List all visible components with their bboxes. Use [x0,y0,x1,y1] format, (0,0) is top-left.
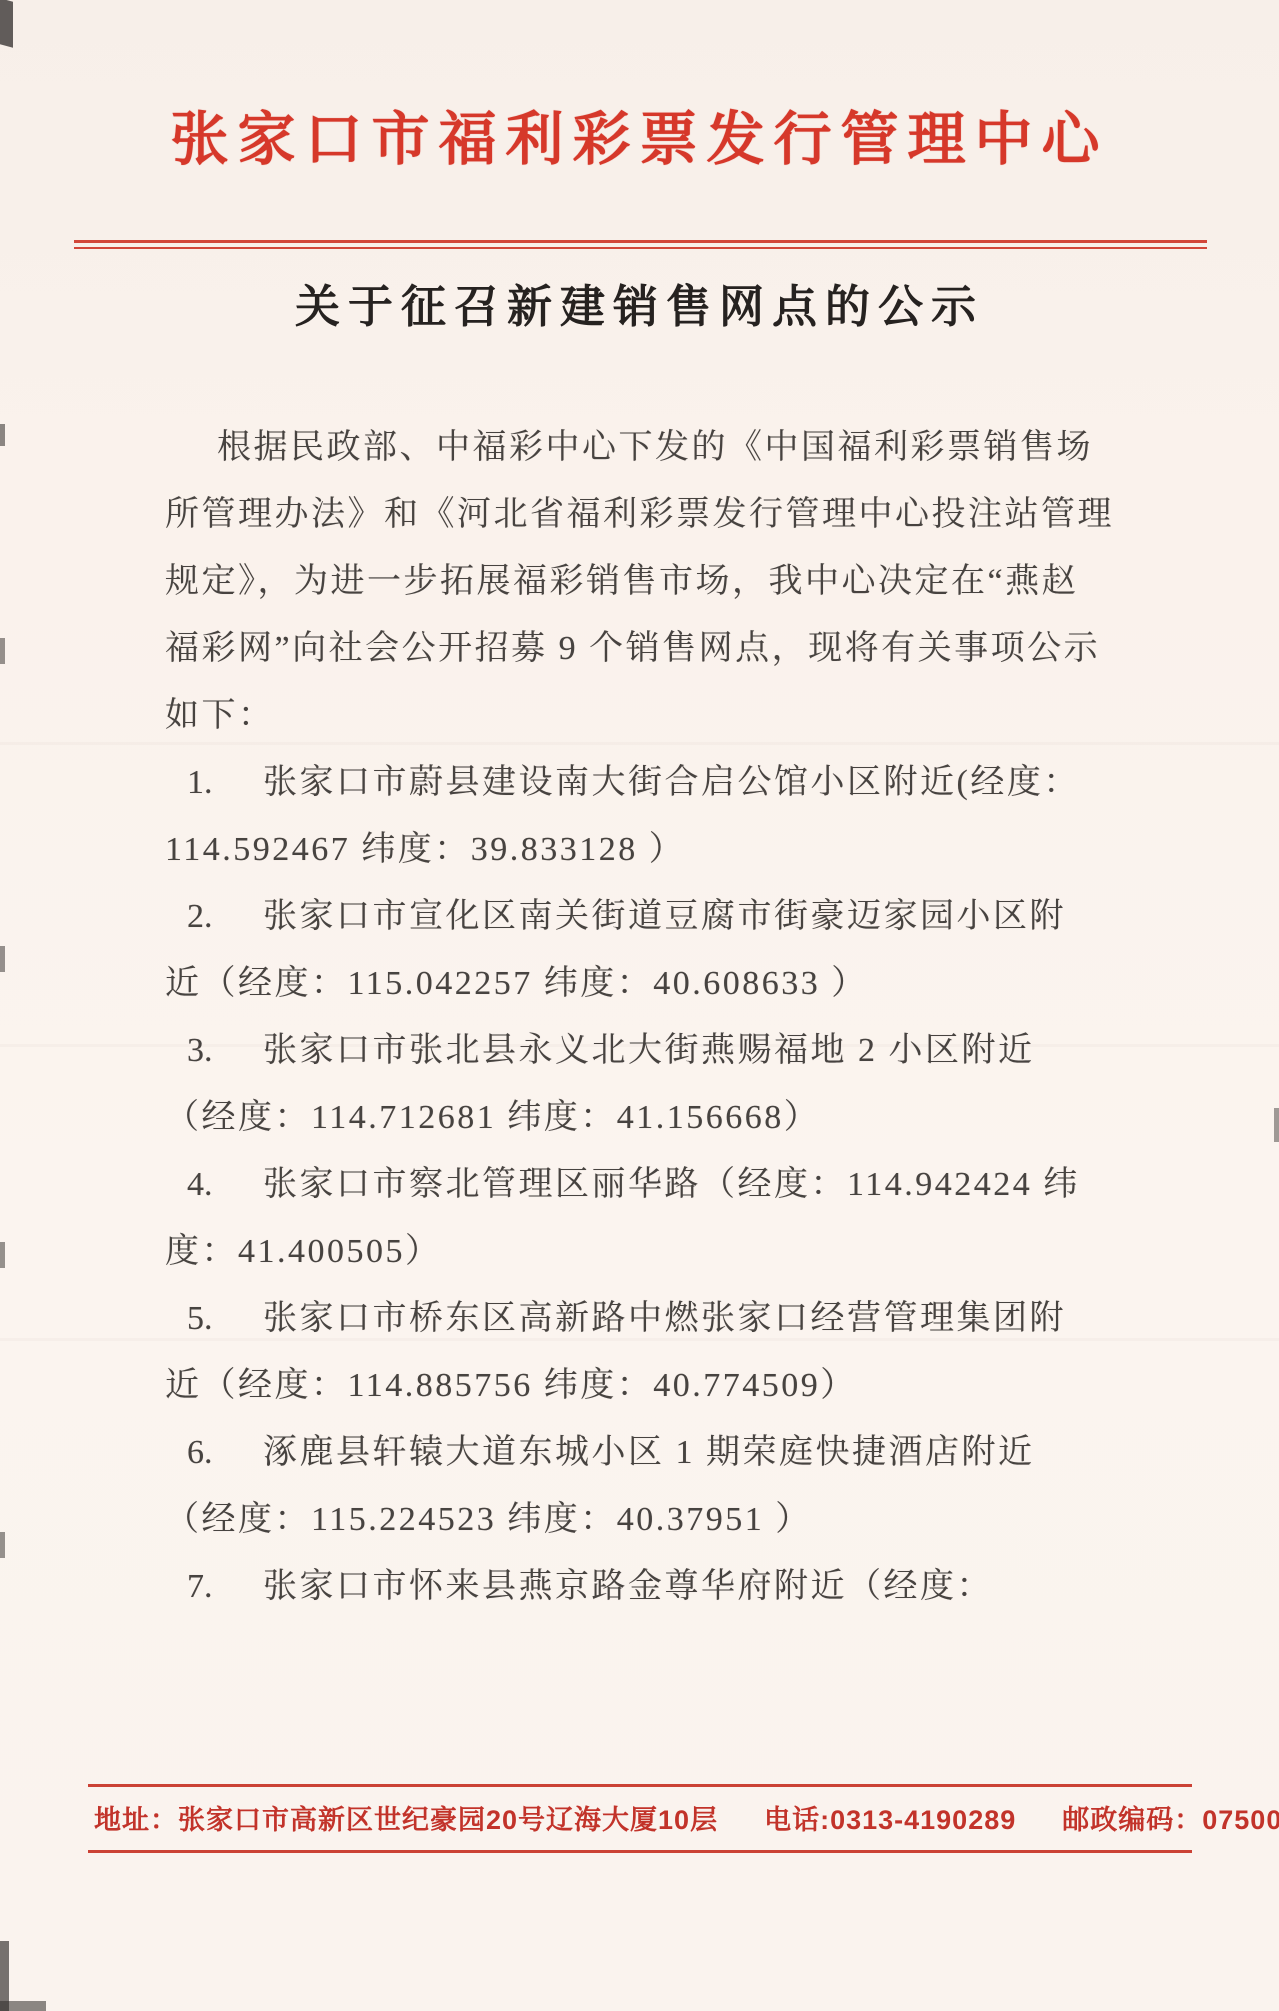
intro-text-line: 如下： [165,682,1125,749]
footer-bottom-rule [88,1850,1192,1853]
scan-artifact [0,946,5,972]
sales-point-line: 1.张家口市蔚县建设南大街合启公馆小区附近(经度： [165,749,1125,816]
scan-band [0,1338,1279,1341]
sales-point-text: 张家口市蔚县建设南大街合启公馆小区附近(经度： [263,764,1080,801]
intro-text-line: 所管理办法》和《河北省福利彩票发行管理中心投注站管理 [165,481,1125,548]
scanned-notice-page: 张家口市福利彩票发行管理中心 关于征召新建销售网点的公示 根据民政部、中福彩中心… [0,0,1279,2011]
sales-point-number: 4. [187,1151,263,1218]
sales-point-line: 5.张家口市桥东区高新路中燃张家口经营管理集团附 [165,1285,1125,1352]
sales-point-number: 7. [187,1553,263,1620]
sales-point-line: （经度：115.224523 纬度：40.37951 ） [165,1486,1125,1553]
intro-text-line: 规定》，为进一步拓展福彩销售市场，我中心决定在“燕赵 [165,548,1125,615]
sales-point-line: 4.张家口市察北管理区丽华路（经度：114.942424 纬 [165,1151,1125,1218]
sales-point-number: 3. [187,1017,263,1084]
sales-point-text: 涿鹿县轩辕大道东城小区 1 期荣庭快捷酒店附近 [263,1434,1035,1471]
sales-point-text: 张家口市桥东区高新路中燃张家口经营管理集团附 [263,1300,1066,1337]
scan-artifact [0,1532,5,1558]
footer-phone: 电话:0313-4190289 [764,1798,1016,1837]
footer-postal-code: 邮政编码：075000 [1062,1798,1279,1837]
sales-point-number: 2. [187,883,263,950]
sales-point-text: 张家口市宣化区南关街道豆腐市街豪迈家园小区附 [263,898,1066,935]
scan-band [0,742,1279,745]
document-body: 根据民政部、中福彩中心下发的《中国福利彩票销售场所管理办法》和《河北省福利彩票发… [165,414,1125,1620]
sales-point-number: 5. [187,1285,263,1352]
sales-point-number: 6. [187,1419,263,1486]
sales-point-line: （经度：114.712681 纬度：41.156668） [165,1084,1125,1151]
sales-point-line: 度：41.400505） [165,1218,1125,1285]
sales-point-line: 近（经度：114.885756 纬度：40.774509） [165,1352,1125,1419]
sales-point-text: 张家口市怀来县燕京路金尊华府附近（经度： [263,1568,993,1605]
sales-point-text: 张家口市张北县永义北大街燕赐福地 2 小区附近 [263,1032,1035,1069]
letterhead-divider-rule [74,240,1207,249]
sales-point-line: 3.张家口市张北县永义北大街燕赐福地 2 小区附近 [165,1017,1125,1084]
scan-artifact [1274,1108,1279,1142]
sales-point-line: 6.涿鹿县轩辕大道东城小区 1 期荣庭快捷酒店附近 [165,1419,1125,1486]
sales-point-number: 1. [187,749,263,816]
scan-artifact [0,424,5,446]
sales-point-line: 7.张家口市怀来县燕京路金尊华府附近（经度： [165,1553,1125,1620]
document-title: 关于征召新建销售网点的公示 [0,270,1279,335]
scan-artifact [0,2001,46,2011]
document-footer: 地址：张家口市高新区世纪豪园20号辽海大厦10层 电话:0313-4190289… [88,1784,1192,1853]
scan-artifact [0,1242,5,1268]
footer-top-rule [88,1784,1192,1787]
sales-point-line: 2.张家口市宣化区南关街道豆腐市街豪迈家园小区附 [165,883,1125,950]
intro-text-line: 根据民政部、中福彩中心下发的《中国福利彩票销售场 [165,414,1125,481]
scan-artifact [0,638,5,664]
footer-contact-line: 地址：张家口市高新区世纪豪园20号辽海大厦10层 电话:0313-4190289… [88,1787,1192,1850]
sales-point-line: 近（经度：115.042257 纬度：40.608633 ） [165,950,1125,1017]
scan-band [0,1044,1279,1047]
letterhead-org-name: 张家口市福利彩票发行管理中心 [0,92,1279,176]
sales-point-line: 114.592467 纬度：39.833128 ） [165,816,1125,883]
scan-artifact [0,0,13,48]
footer-address: 地址：张家口市高新区世纪豪园20号辽海大厦10层 [94,1798,718,1837]
sales-point-text: 张家口市察北管理区丽华路（经度：114.942424 纬 [263,1166,1080,1203]
intro-text-line: 福彩网”向社会公开招募 9 个销售网点，现将有关事项公示 [165,615,1125,682]
